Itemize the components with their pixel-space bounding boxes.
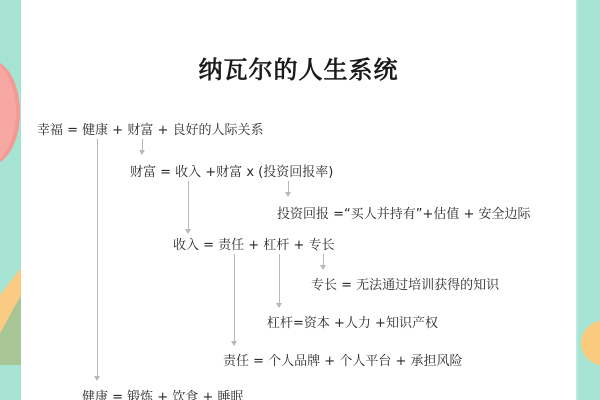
formula-income: 收入 = 责任 + 杠杆 + 专长 [173,234,334,253]
orange-circle-decor [581,320,600,366]
content-card: 纳瓦尔的人生系统 幸福 = 健康 + 财富 + 良好的人际关系 财富 = 收入 … [21,0,576,400]
arrow-down-icon-health [97,139,98,380]
arrow-down-icon-income [188,181,189,233]
arrow-down-icon-leverage [279,254,280,307]
formula-specialty: 专长 = 无法通过培训获得的知识 [311,274,499,293]
arrow-down-icon-responsibility [234,254,235,345]
formula-leverage: 杠杆=资本 +人力 +知识产权 [267,312,438,331]
pink-circle-decor [0,60,20,165]
formula-health: 健康 = 锻炼 + 饮食 + 睡眠 [82,386,243,400]
arrow-down-icon-investment-return [288,181,289,196]
formula-responsibility: 责任 = 个人品牌 + 个人平台 + 承担风险 [223,350,462,369]
formula-wealth: 财富 = 收入 +财富 x (投资回报率) [130,161,333,180]
arrow-down-icon-specialty [323,254,324,269]
right-decor-strip [576,0,600,400]
page-title: 纳瓦尔的人生系统 [21,50,576,85]
left-decor-strip [0,0,21,400]
formula-investment-return: 投资回报 =“买人并持有”+估值 + 安全边际 [277,203,531,222]
arrow-down-icon-wealth [142,139,143,154]
formula-happiness: 幸福 = 健康 + 财富 + 良好的人际关系 [37,119,263,138]
